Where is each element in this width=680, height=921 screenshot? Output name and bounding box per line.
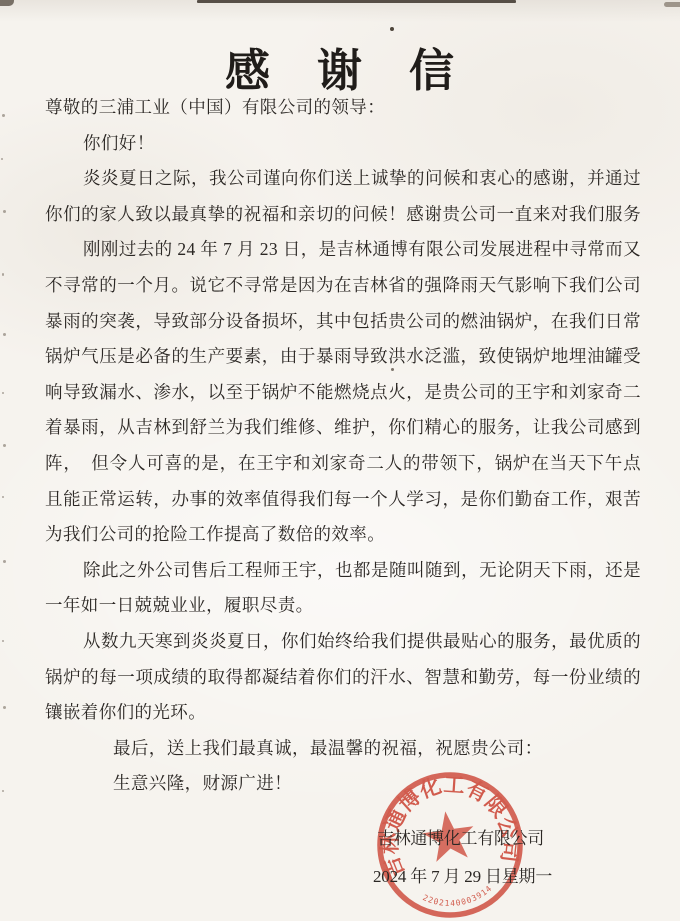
letter-line: 响导致漏水、渗水，以至于锅炉不能燃烧点火，是贵公司的王宇和刘家奇二人，顶 [45,375,641,411]
scan-artifact-top-line [197,0,516,3]
letter-line: 阵， 但令人可喜的是，在王宇和刘家奇二人的带领下，锅炉在当天下午点火成功， [45,446,641,482]
scan-artifact-speck [2,496,4,498]
scan-artifact-speck [2,790,4,792]
letter-body: 尊敬的三浦工业（中国）有限公司的领导： 你们好！ 炎炎夏日之际，我公司谨向你们送… [45,90,641,802]
letter-line: 锅炉气压是必备的生产要素，由于暴雨导致洪水泛滥，致使锅炉地埋油罐受洪水影 [45,339,641,375]
letter-line: 你们好！ [45,126,641,162]
letter-line: 为我们公司的抢险工作提高了数倍的效率。 [45,517,641,553]
letter-line: 一年如一日兢兢业业，履职尽责。 [45,588,641,624]
letter-line: 炎炎夏日之际，我公司谨向你们送上诚挚的问候和衷心的感谢，并通过你们向 [45,161,641,197]
letter-line: 且能正常运转，办事的效率值得我们每一个人学习，是你们勤奋工作，艰苦奉献， [45,482,641,518]
signature-company-name: 吉林通博化工有限公司 [377,824,544,849]
scanned-letter-page: 感 谢 信 尊敬的三浦工业（中国）有限公司的领导： 你们好！ 炎炎夏日之际，我公… [0,0,680,921]
letter-line: 暴雨的突袭，导致部分设备损坏，其中包括贵公司的燃油锅炉，在我们日常生产中 [45,304,641,340]
scan-artifact-speck [3,333,6,336]
letter-line: 你们的家人致以最真挚的祝福和亲切的问候！感谢贵公司一直来对我们服务支持！ [45,197,641,233]
scan-artifact-speck [2,273,4,276]
scan-artifact-top-left [0,0,14,6]
scan-artifact-speck [2,114,5,117]
letter-line: 不寻常的一个月。说它不寻常是因为在吉林省的强降雨天气影响下我们公司迎来了 [45,268,641,304]
scan-artifact-speck [2,640,4,642]
letter-line: 着暴雨，从吉林到舒兰为我们维修、维护，你们精心的服务，让我公司感到暖流阵 [45,410,641,446]
scan-artifact-speck [3,706,6,709]
scan-artifact-speck [2,392,4,394]
scan-artifact-dot [390,27,394,31]
scan-artifact-speck [3,210,6,213]
letter-line: 锅炉的每一项成绩的取得都凝结着你们的汗水、智慧和勤劳，每一份业绩的获得都 [45,660,641,696]
letter-line: 镶嵌着你们的光环。 [45,695,641,731]
letter-line: 从数九天寒到炎炎夏日，你们始终给我们提供最贴心的服务，最优质的保障， [45,624,641,660]
signature-date: 2024 年 7 月 29 日星期一 [373,862,552,887]
letter-closing-line: 最后，送上我们最真诚，最温馨的祝福，祝愿贵公司： [45,731,641,767]
scan-artifact-speck [3,444,6,447]
scan-artifact-top-right [664,2,680,7]
letter-line: 刚刚过去的 24 年 7 月 23 日，是吉林通博有限公司发展进程中寻常而又带着… [45,232,641,268]
letter-wish-line: 生意兴隆，财源广进！ [45,766,641,802]
letter-salutation: 尊敬的三浦工业（中国）有限公司的领导： [45,90,641,126]
letter-line: 除此之外公司售后工程师王宇，也都是随叫随到，无论阴天下雨，还是半夜三更， [45,553,641,589]
scan-artifact-speck [3,560,6,563]
scan-artifact-speck [1,158,3,160]
